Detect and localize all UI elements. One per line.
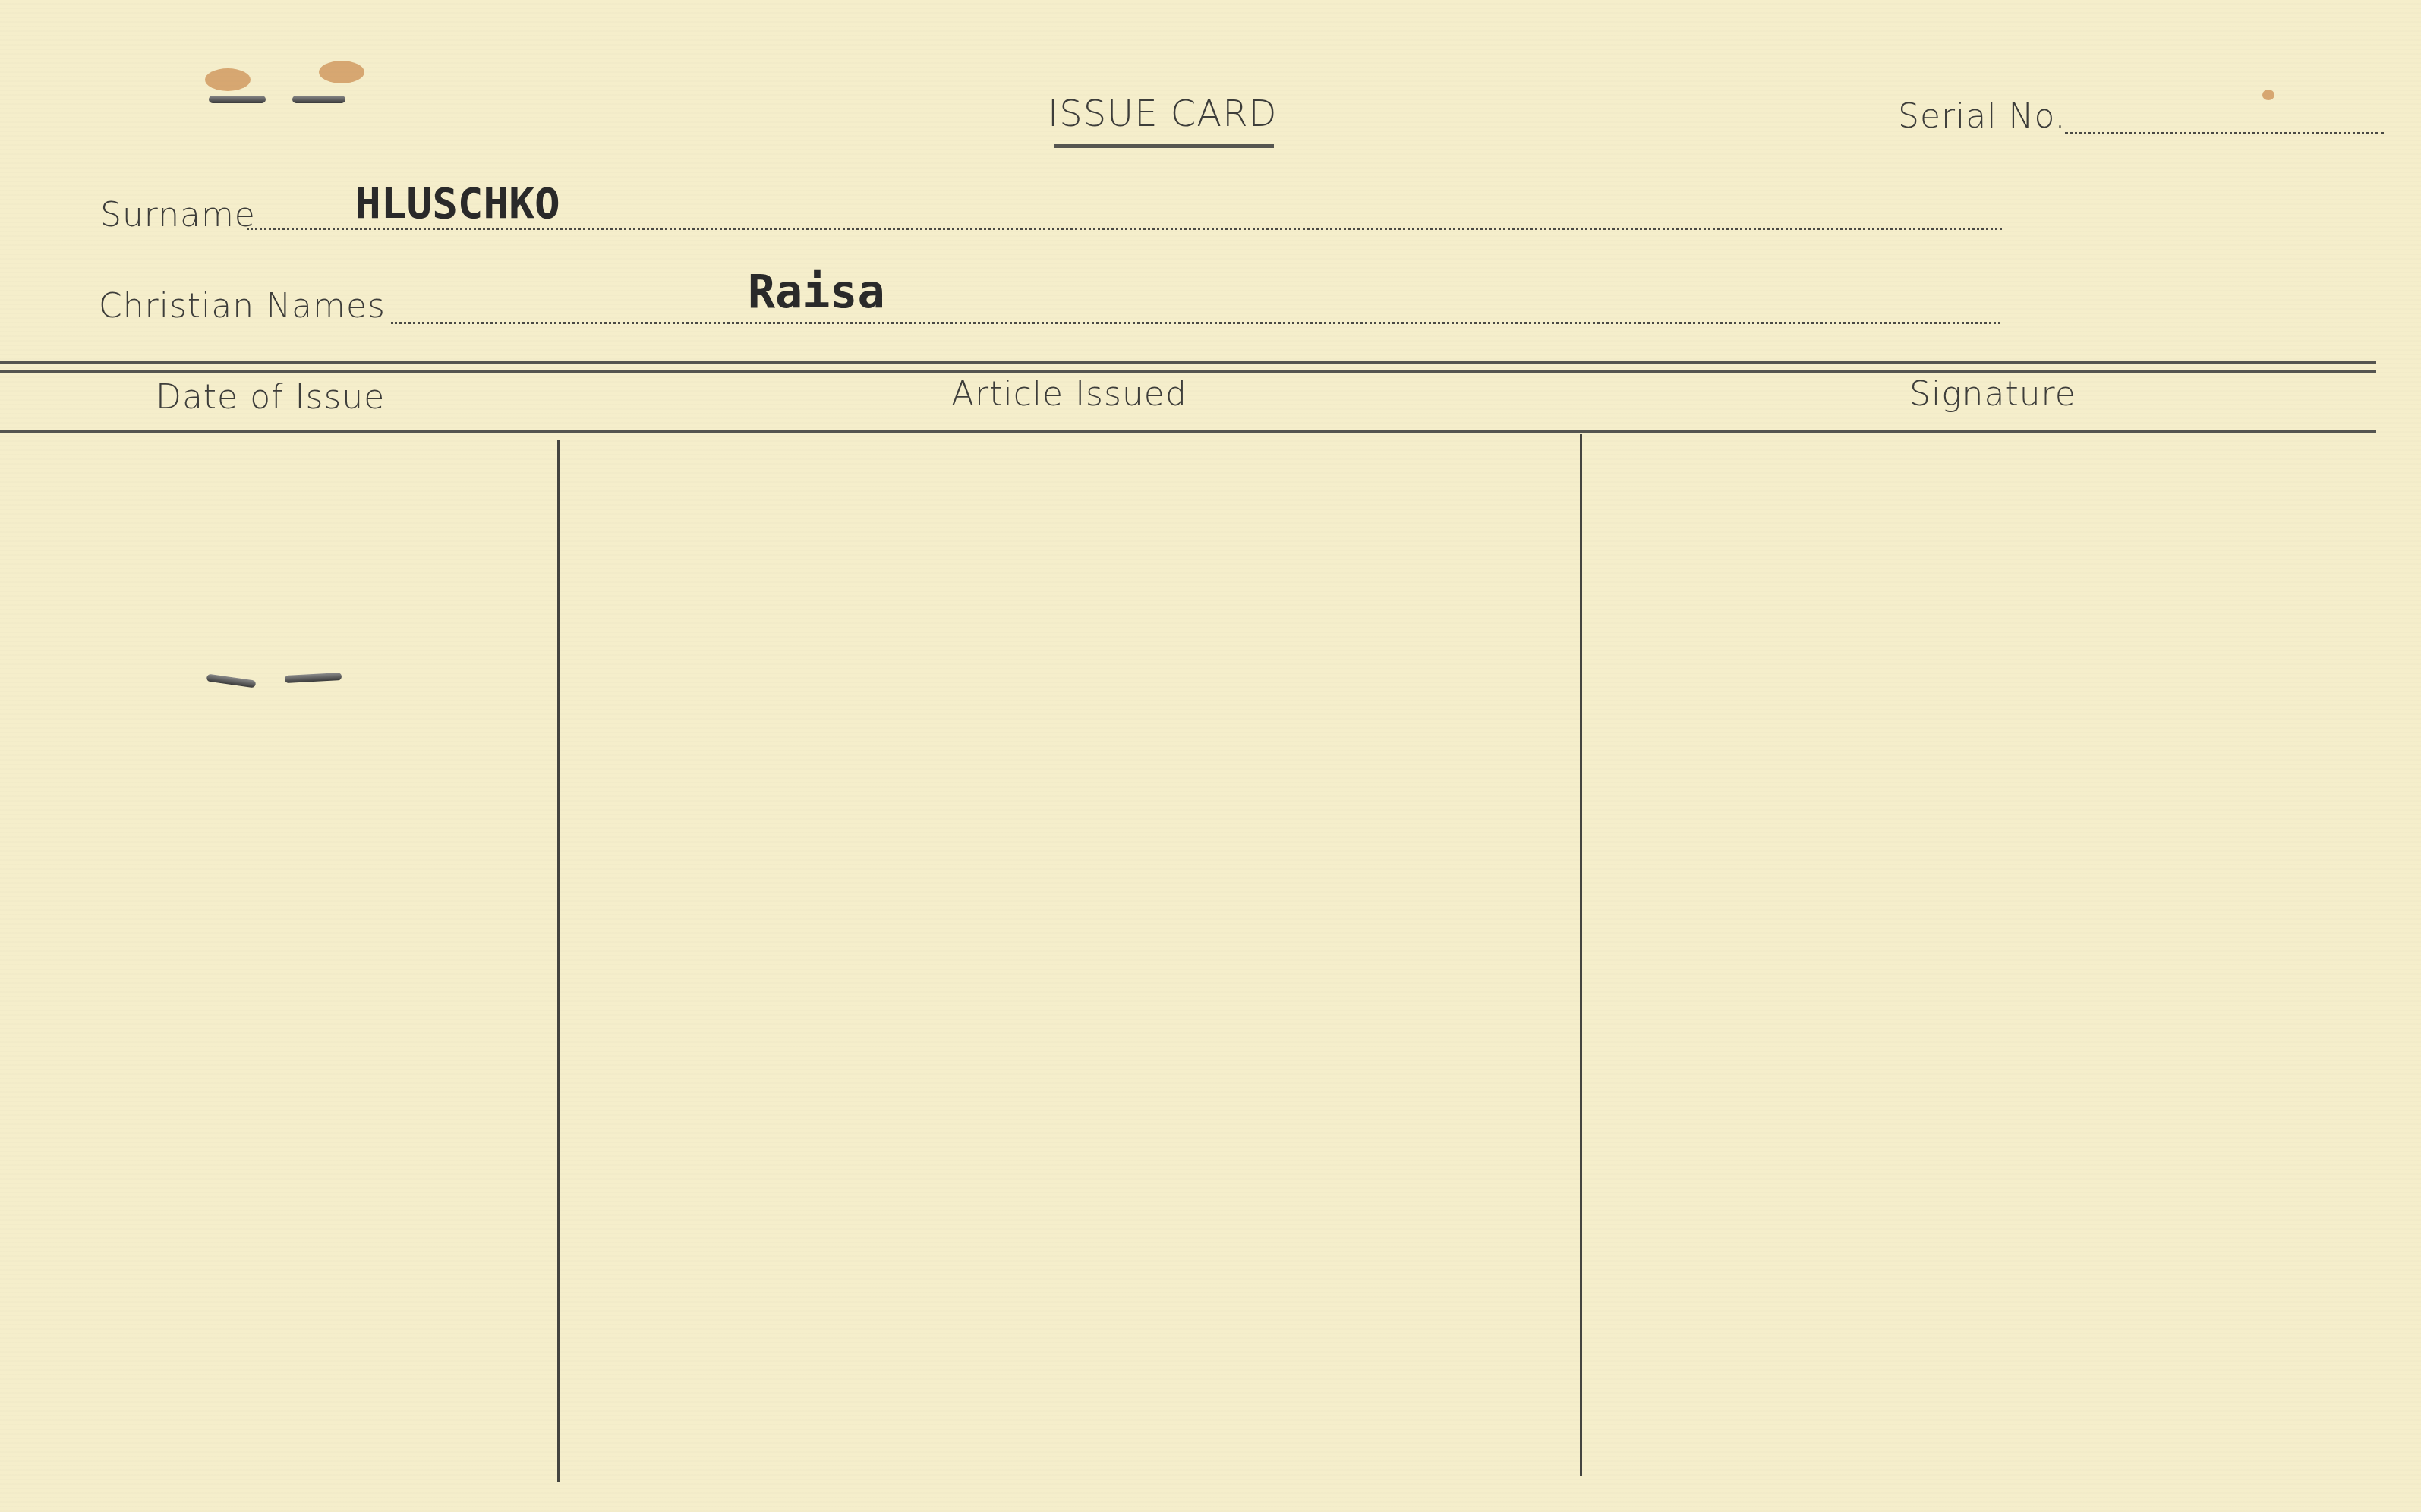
rust-stain	[319, 61, 364, 83]
header-bottom-rule	[0, 430, 2376, 433]
header-top-rule-2	[0, 370, 2376, 373]
column-header-date-of-issue: Date of Issue	[156, 378, 385, 417]
column-header-signature: Signature	[1909, 375, 2076, 414]
signature-column[interactable]	[1583, 434, 2376, 1482]
column-divider-2	[1580, 434, 1582, 1476]
title-underline	[1054, 144, 1274, 148]
staple-top-right	[292, 96, 345, 103]
header-top-rule	[0, 361, 2376, 364]
surname-label: Surname	[100, 196, 256, 235]
staple-top-left	[209, 96, 266, 103]
christian-names-field[interactable]	[391, 322, 2000, 324]
surname-value: HLUSCHKO	[355, 179, 560, 228]
column-header-article-issued: Article Issued	[951, 375, 1187, 414]
christian-names-value: Raisa	[748, 266, 885, 319]
rust-spot	[2262, 90, 2274, 100]
card-title: ISSUE CARD	[1048, 93, 1277, 135]
column-divider-1	[557, 440, 560, 1482]
christian-names-label: Christian Names	[99, 287, 386, 326]
serial-label: Serial No.	[1898, 97, 2066, 136]
serial-field[interactable]	[2065, 132, 2384, 134]
article-issued-column[interactable]	[560, 434, 1578, 1482]
date-of-issue-column[interactable]	[0, 434, 556, 1482]
rust-stain	[205, 68, 251, 91]
